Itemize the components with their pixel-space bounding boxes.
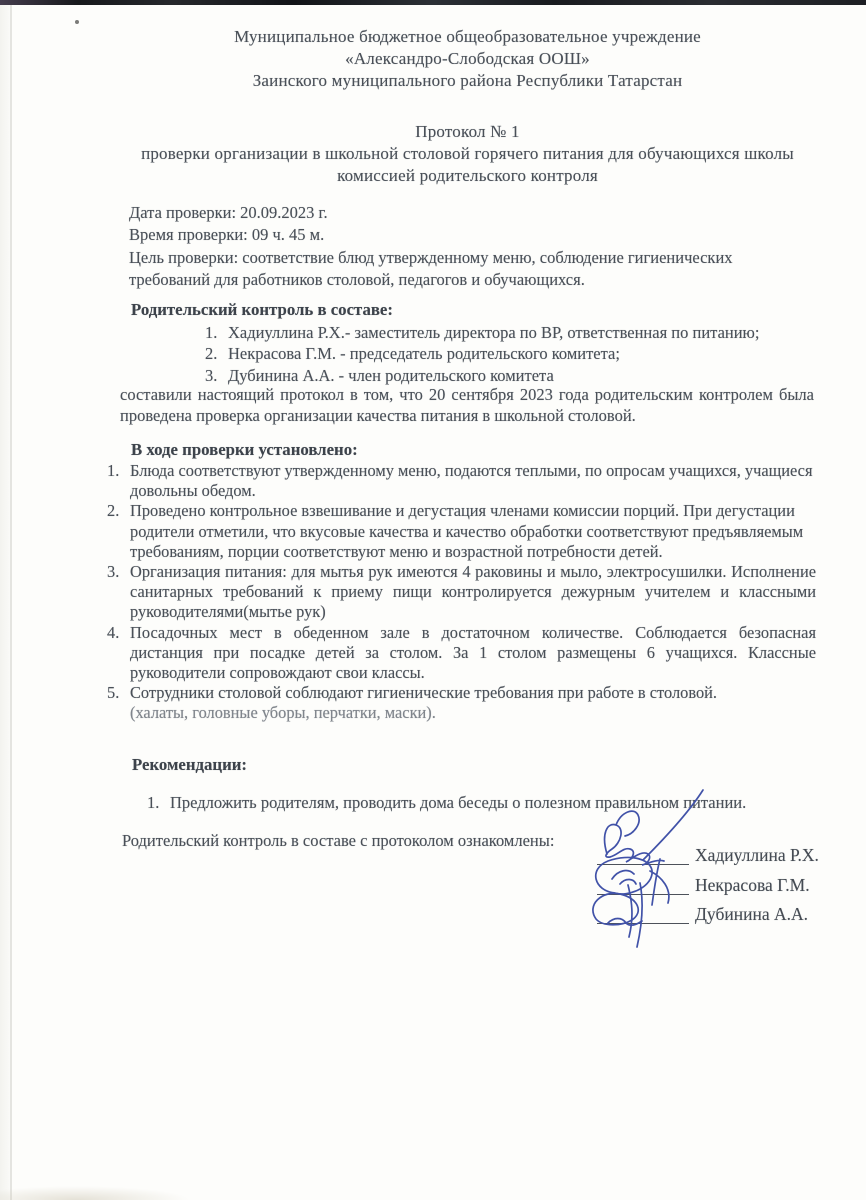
scan-speck [75,20,79,24]
list-number: 1. [205,322,228,343]
signature-line [597,906,689,924]
finding-item: 2. Проведено контрольное взвешивание и д… [107,501,816,562]
signature-row: Дубинина А.А. [597,905,808,924]
org-header: Муниципальное бюджетное общеобразователь… [120,26,815,92]
findings-heading: В ходе проверки установлено: [131,440,358,460]
scan-smudge [0,1186,190,1200]
list-number: 1. [147,792,170,813]
finding-text: Сотрудники столовой соблюдают гигиеничес… [130,683,816,703]
page-subtitle-line-2: комиссией родительского контроля [120,165,815,187]
list-number: 2. [107,501,130,521]
committee-closing-paragraph: составили настоящий протокол в том, что … [120,384,814,427]
document-page: Муниципальное бюджетное общеобразователь… [0,0,866,1200]
check-time-line: Время проверки: 09 ч. 45 м. [129,224,789,246]
signature-row: Некрасова Г.М. [597,876,810,895]
finding-text: Организация питания: для мытья рук имеют… [130,562,816,623]
signature-row: Хадиуллина Р.Х. [597,846,819,865]
signer-name: Хадиуллина Р.Х. [695,846,819,865]
recommendation-item: 1. Предложить родителям, проводить дома … [147,792,817,813]
finding-text: Посадочных мест в обеденном зале в доста… [130,623,816,684]
list-number: 2. [205,343,228,364]
scan-left-edge-line [10,5,12,1200]
list-number: 3. [107,562,130,582]
committee-member-name: Некрасова Г.М. - председатель родительск… [228,343,820,364]
scan-top-edge [0,0,866,5]
check-purpose-line: Цель проверки: соответствие блюд утвержд… [129,247,789,292]
signature-line [597,847,689,865]
committee-member-row: 1. Хадиуллина Р.Х.- заместитель директор… [205,322,820,343]
committee-member-name: Хадиуллина Р.Х.- заместитель директора п… [228,322,820,343]
finding-item: 1. Блюда соответствуют утвержденному мен… [107,461,816,501]
page-title: Протокол № 1 [120,121,815,143]
committee-member-row: 2. Некрасова Г.М. - председатель родител… [205,343,820,364]
org-name-line-2: «Александро-Слободская ООШ» [120,48,815,70]
finding-note: (халаты, головные уборы, перчатки, маски… [130,703,816,723]
committee-list: 1. Хадиуллина Р.Х.- заместитель директор… [205,322,820,386]
signoff-lead: Родительский контроль в составе с проток… [122,831,554,851]
finding-item: 4. Посадочных мест в обеденном зале в до… [107,623,816,684]
signer-name: Некрасова Г.М. [695,876,810,895]
list-number: 1. [107,461,130,481]
committee-heading: Родительский контроль в составе: [131,300,393,320]
check-date-line: Дата проверки: 20.09.2023 г. [129,202,789,224]
list-number: 4. [107,623,130,643]
finding-text: Блюда соответствуют утвержденному меню, … [130,461,816,501]
list-number: 5. [107,683,130,703]
committee-member-name: Дубинина А.А. - член родительского комит… [228,365,820,386]
org-name-line-3: Заинского муниципального района Республи… [120,70,815,92]
findings-list: 1. Блюда соответствуют утвержденному мен… [107,461,816,724]
list-number: 3. [205,365,228,386]
protocol-title-block: Протокол № 1 проверки организации в школ… [120,121,815,187]
recommendation-text: Предложить родителям, проводить дома бес… [170,792,817,813]
signer-name: Дубинина А.А. [695,905,808,924]
finding-item: 3. Организация питания: для мытья рук им… [107,562,816,623]
page-subtitle-line-1: проверки организации в школьной столовой… [120,143,815,165]
signature-line [597,877,689,895]
org-name-line-1: Муниципальное бюджетное общеобразователь… [120,26,815,48]
finding-item: 5. Сотрудники столовой соблюдают гигиени… [107,683,816,703]
meta-block: Дата проверки: 20.09.2023 г. Время прове… [129,202,789,291]
recommendations-heading: Рекомендации: [132,755,247,775]
committee-member-row: 3. Дубинина А.А. - член родительского ко… [205,365,820,386]
finding-text: Проведено контрольное взвешивание и дегу… [130,501,816,562]
